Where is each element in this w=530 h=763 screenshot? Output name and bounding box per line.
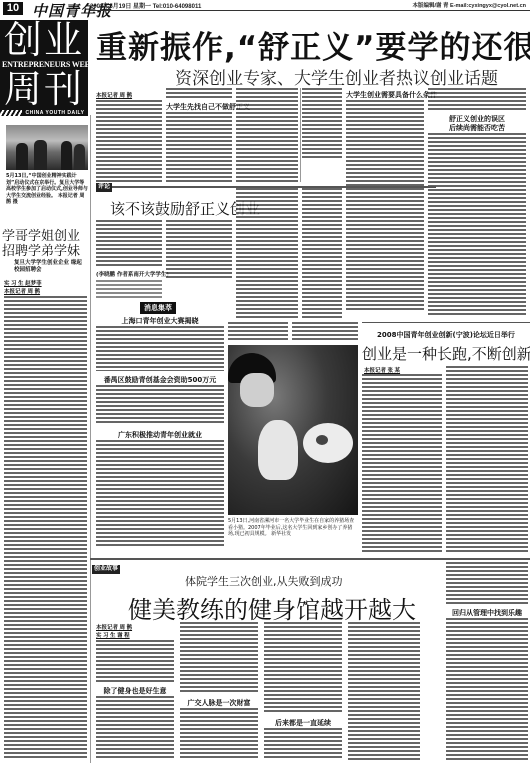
news-brief-title-1: 上海口青年创业大赛揭晓 bbox=[96, 316, 224, 326]
header-rule bbox=[90, 10, 530, 11]
section-title-top: 创业 bbox=[4, 20, 84, 60]
news-brief-tag: 消息集萃 bbox=[140, 302, 176, 314]
lead-text-col-6a bbox=[428, 88, 526, 110]
bottom-text-col-3a bbox=[264, 622, 342, 714]
bottom-crosshead-2: 广交人脉是一次财富 bbox=[180, 698, 258, 708]
lead-headline: 重新振作,“舒正义”要学的还很多 bbox=[96, 22, 530, 67]
bottom-text-col-2b bbox=[180, 708, 258, 760]
photo-story-text-top-2 bbox=[292, 322, 358, 340]
forum-byline: 本报记者 张 某 bbox=[364, 366, 400, 374]
news-brief-text-1 bbox=[96, 326, 224, 371]
piglet-2-shape bbox=[303, 423, 353, 463]
news-brief-text-3 bbox=[96, 440, 224, 548]
forum-kicker: 2008中国青年创业创新(宁波)论坛近日举行 bbox=[362, 330, 530, 340]
bottom-text-col-1b bbox=[96, 696, 174, 760]
bottom-text-col-2a bbox=[180, 622, 258, 694]
editor-line: 本版编辑/谢 青 E-mail:cyxingyx@cyol.net.cn bbox=[412, 1, 526, 9]
commentary-text-col-3 bbox=[236, 188, 298, 318]
bottom-text-col-1a bbox=[96, 640, 174, 682]
bottom-text-col-5b bbox=[446, 618, 528, 760]
farmer-photo-caption: 5月13日,河南省漯河市一名大学毕业生在自家的养猪场查看小猪。2007年毕业后,… bbox=[228, 518, 358, 538]
left-byline-1: 实 习 生 赵梦菲 bbox=[4, 279, 42, 287]
lead-text-col-5 bbox=[346, 100, 424, 310]
forum-rule bbox=[362, 322, 530, 323]
bottom-story-rule bbox=[90, 558, 530, 560]
forum-title: 创业是一种长跑,不断创新才能胜利 bbox=[362, 343, 530, 364]
lead-text-col-2a bbox=[166, 88, 232, 99]
farmer-piglets-photo bbox=[228, 345, 358, 515]
bottom-crosshead-4: 回归从管理中找到乐趣 bbox=[446, 608, 528, 618]
commentary-text-col-1 bbox=[96, 220, 162, 268]
lead-crosshead-2: 大学生创业需要具备什么条件 bbox=[346, 90, 424, 100]
bottom-story-tag: 创业故事 bbox=[92, 565, 120, 574]
bottom-byline-2: 实 习 生 谢 程 bbox=[96, 631, 130, 639]
commentary-text-col-2 bbox=[166, 220, 232, 280]
column-rule bbox=[300, 88, 301, 182]
left-column-rule bbox=[90, 115, 91, 763]
left-story-deck: 复旦大学学生创业企业 缘起校园招聘会 bbox=[14, 260, 84, 274]
face-shape bbox=[240, 373, 274, 407]
commentary-text-col-1b bbox=[96, 280, 162, 298]
lead-subhead: 资深创业专家、大学生创业者热议创业话题 bbox=[175, 64, 498, 89]
commentary-tag: 评论 bbox=[96, 183, 112, 192]
piglet-1-shape bbox=[258, 420, 298, 480]
lead-text-col-6b bbox=[428, 133, 526, 315]
dateline: 2008年5月19日 星期一 Tel:010-64098011 bbox=[90, 1, 201, 10]
news-brief-text-2 bbox=[96, 385, 224, 425]
bottom-text-col-5a bbox=[446, 562, 528, 604]
left-byline-2: 本报记者 周 鹊 bbox=[4, 287, 40, 295]
section-brand-block: 创业 ENTREPRENEURS WEEKLY 周刊 bbox=[0, 20, 88, 111]
brand-strip: CHINA YOUTH DAILY bbox=[0, 110, 88, 116]
lead-byline: 本报记者 周 鹊 bbox=[96, 91, 132, 99]
lead-text-col-2b bbox=[166, 112, 232, 182]
bottom-text-col-4 bbox=[348, 622, 420, 760]
event-photo bbox=[6, 125, 88, 170]
commentary-signature: (李晓鹏 作者系南开大学学生) bbox=[96, 270, 164, 278]
photo-story-text-top bbox=[228, 322, 288, 342]
section-title-bottom: 周刊 bbox=[4, 68, 84, 110]
page-number: 10 bbox=[3, 2, 23, 15]
strip-label: CHINA YOUTH DAILY bbox=[22, 110, 88, 116]
bottom-story-kicker: 体院学生三次创业,从失败到成功 bbox=[185, 573, 343, 589]
bottom-crosshead-1: 除了健身也是好生意 bbox=[96, 686, 174, 696]
lead-crosshead-1: 大学生先找自己不做舒正义 bbox=[166, 102, 232, 112]
lead-crosshead-4: 后续尚需能否吃苦 bbox=[428, 123, 526, 133]
lead-text-col-4 bbox=[302, 88, 342, 158]
news-brief-title-2: 番禺区鼓励青创基金会资助500万元 bbox=[96, 375, 224, 385]
news-brief-title-3: 广东积极推动青年创业就业 bbox=[96, 430, 224, 440]
commentary-text-col-4 bbox=[302, 188, 342, 318]
event-photo-caption: 5月13日,“中国创业精神实践计划”启动仪式在京举行。复旦大学等高校学生参加了启… bbox=[6, 173, 88, 206]
bottom-byline-1: 本报记者 周 鹊 bbox=[96, 623, 132, 631]
forum-text-col-2 bbox=[446, 366, 528, 552]
bottom-story-title: 健美教练的健身馆越开越大 bbox=[128, 590, 416, 625]
lead-text-col-3 bbox=[236, 88, 298, 182]
lead-text-col-1 bbox=[96, 100, 162, 182]
bottom-text-col-3b bbox=[264, 728, 342, 760]
hatch-decoration bbox=[0, 110, 22, 116]
forum-text-col-1 bbox=[362, 374, 442, 552]
bottom-crosshead-3: 后来都是一直延续 bbox=[264, 718, 342, 728]
left-story-text bbox=[4, 296, 87, 758]
left-story-title: 学哥学姐创业 招聘学弟学妹 bbox=[2, 229, 90, 259]
